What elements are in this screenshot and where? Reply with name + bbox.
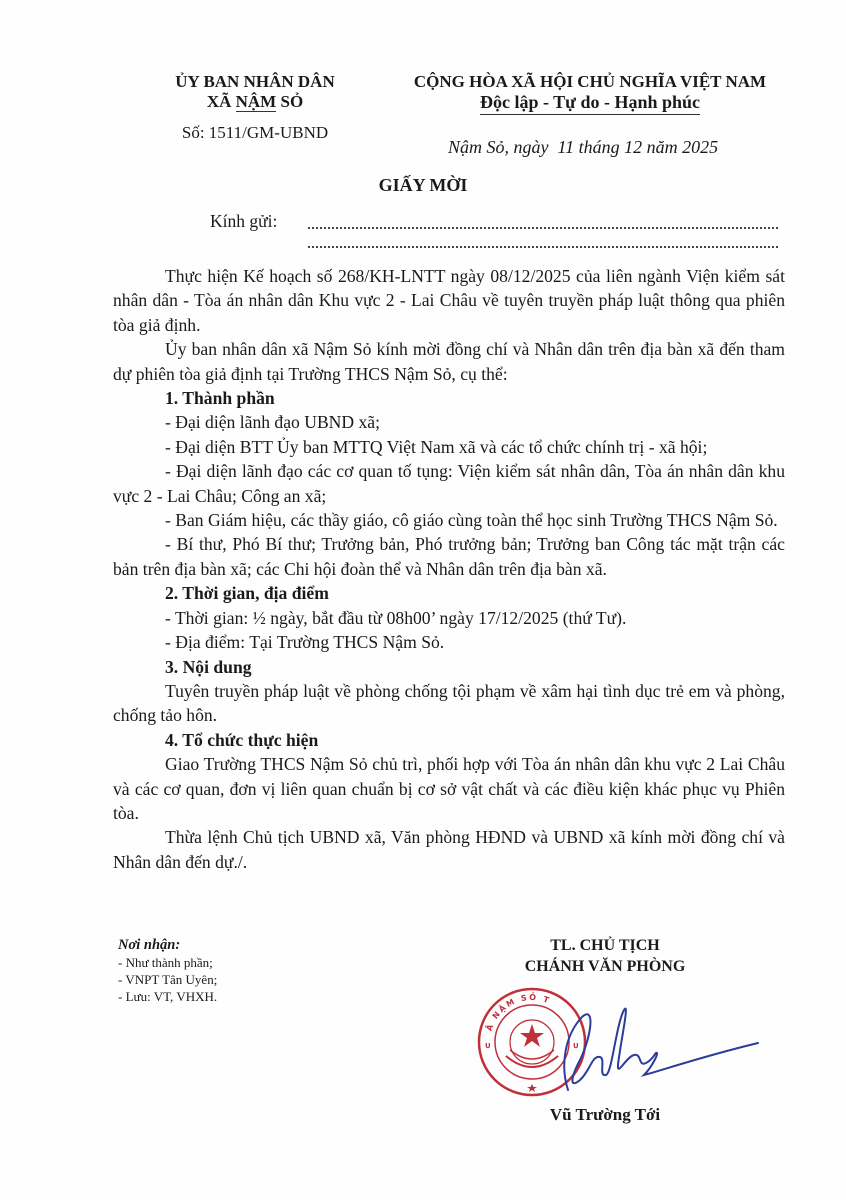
svg-text:U: U	[485, 1042, 491, 1050]
section-item: - Địa điểm: Tại Trường THCS Nậm Sỏ.	[113, 630, 785, 654]
signer-name: Vũ Trường Tới	[480, 1105, 730, 1125]
document-body: Thực hiện Kế hoạch số 268/KH-LNTT ngày 0…	[113, 264, 785, 874]
issue-date: Nậm Sỏ, ngày 11 tháng 12 năm 2025	[448, 137, 718, 158]
national-motto: CỘNG HÒA XÃ HỘI CHỦ NGHĨA VIỆT NAM Độc l…	[380, 72, 800, 115]
authority-line2: XÃ NẬM SỎ	[130, 92, 380, 112]
section-item: Tuyên truyền pháp luật về phòng chống tộ…	[113, 679, 785, 728]
issuing-authority: ỦY BAN NHÂN DÂN XÃ NẬM SỎ Số: 1511/GM-UB…	[130, 72, 380, 143]
handwritten-signature-icon	[520, 995, 760, 1105]
section-item: - Thời gian: ½ ngày, bắt đầu từ 08h00’ n…	[113, 606, 785, 630]
section-item: Thừa lệnh Chủ tịch UBND xã, Văn phòng HĐ…	[113, 825, 785, 874]
recipient-item: - Lưu: VT, VHXH.	[118, 988, 217, 1005]
recipient-item: - VNPT Tân Uyên;	[118, 971, 217, 988]
authority-line1: ỦY BAN NHÂN DÂN	[130, 72, 380, 92]
signature-title-line2: CHÁNH VĂN PHÒNG	[480, 956, 730, 977]
recipients-label: Nơi nhận:	[118, 937, 217, 954]
signature-title: TL. CHỦ TỊCH CHÁNH VĂN PHÒNG	[480, 935, 730, 977]
motto: Độc lập - Tự do - Hạnh phúc	[480, 92, 700, 115]
section-heading: 4. Tổ chức thực hiện	[113, 728, 785, 752]
invite-paragraph: Ủy ban nhân dân xã Nậm Sỏ kính mời đồng …	[113, 337, 785, 386]
section-item: - Bí thư, Phó Bí thư; Trưởng bản, Phó tr…	[113, 532, 785, 581]
authority-line2-prefix: XÃ	[207, 92, 236, 111]
section-heading: 3. Nội dung	[113, 655, 785, 679]
section-item: - Ban Giám hiệu, các thầy giáo, cô giáo …	[113, 508, 785, 532]
authority-line2-suffix: SỎ	[276, 92, 303, 111]
section-item: - Đại diện BTT Ủy ban MTTQ Việt Nam xã v…	[113, 435, 785, 459]
addressee-blank-line-1	[308, 227, 778, 229]
signature-title-line1: TL. CHỦ TỊCH	[480, 935, 730, 956]
section-item: Giao Trường THCS Nậm Sỏ chủ trì, phối hợ…	[113, 752, 785, 825]
recipient-item: - Như thành phần;	[118, 954, 217, 971]
country-name: CỘNG HÒA XÃ HỘI CHỦ NGHĨA VIỆT NAM	[380, 72, 800, 92]
recipients-block: Nơi nhận: - Như thành phần; - VNPT Tân U…	[118, 937, 217, 1005]
section-heading: 2. Thời gian, địa điểm	[113, 581, 785, 605]
authority-line2-underlined: NẬM	[236, 92, 277, 112]
document-title: GIẤY MỜI	[0, 175, 846, 196]
section-item: - Đại diện lãnh đạo các cơ quan tố tụng:…	[113, 459, 785, 508]
addressee-label: Kính gửi:	[210, 211, 277, 232]
document-number: Số: 1511/GM-UBND	[130, 123, 380, 143]
section-item: - Đại diện lãnh đạo UBND xã;	[113, 410, 785, 434]
addressee-blank-line-2	[308, 246, 778, 248]
section-heading: 1. Thành phần	[113, 386, 785, 410]
intro-paragraph: Thực hiện Kế hoạch số 268/KH-LNTT ngày 0…	[113, 264, 785, 337]
